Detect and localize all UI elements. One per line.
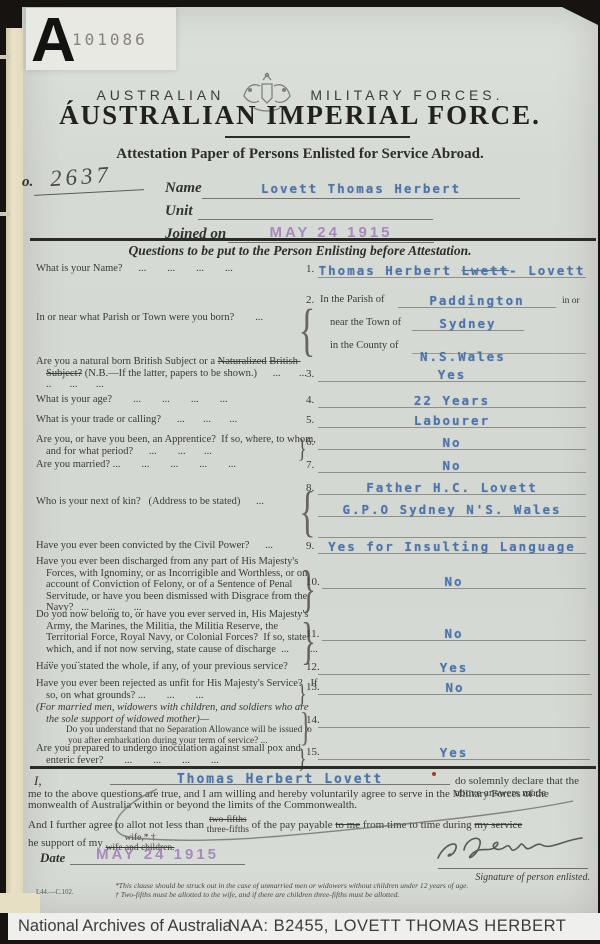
form-title: ÁUSTRALIAN IMPERIAL FORCE. bbox=[0, 100, 600, 131]
question-4-number: 4. bbox=[306, 394, 314, 406]
date-stamp: MAY 24 1915 bbox=[96, 846, 219, 863]
service-number-handwritten: 2637 bbox=[49, 162, 113, 192]
answer-10: No bbox=[322, 573, 586, 589]
answer-2-town: Sydney bbox=[412, 315, 524, 331]
unit-field-value bbox=[198, 203, 433, 220]
question-7-number: 7. bbox=[306, 459, 314, 471]
county-value: N.S.Wales bbox=[420, 349, 506, 364]
q2-line2-label: near the Town of bbox=[330, 317, 401, 328]
unit-field-label: Unit bbox=[165, 203, 193, 220]
answer-1-post: - Lovett bbox=[509, 263, 585, 278]
question-8-number: 8. bbox=[306, 482, 314, 494]
answer-6-value: No bbox=[442, 435, 461, 450]
ink-dot-artifact bbox=[432, 772, 436, 776]
q14-italic: (For married men, widowers with children… bbox=[36, 702, 311, 725]
question-9-text: Have you ever been convicted by the Civi… bbox=[36, 540, 318, 552]
question-6-number: 6. bbox=[306, 436, 314, 448]
q2-line1-suffix: in or bbox=[562, 296, 580, 306]
naa-watermark-bar: National Archives of Australia NAA: B245… bbox=[8, 913, 600, 940]
fraction-bottom: three-fifths bbox=[207, 825, 249, 835]
answer-2-parish: Paddington bbox=[398, 292, 556, 308]
answer-7-value: No bbox=[442, 458, 461, 473]
question-1-number: 1. bbox=[306, 263, 314, 275]
question-11-text: Do you now belong to, or have you ever s… bbox=[36, 609, 318, 667]
question-15-text: Are you prepared to undergo inoculation … bbox=[36, 743, 318, 766]
question-2-brace: { bbox=[299, 296, 316, 363]
next-of-kin-name: Father H.C. Lovett bbox=[366, 480, 537, 495]
series-letter: A bbox=[31, 10, 76, 72]
tape-fragment bbox=[0, 893, 40, 913]
question-3-number: 3. bbox=[306, 368, 314, 380]
section-divider bbox=[30, 238, 596, 241]
number-field-label: o. bbox=[22, 174, 33, 191]
q3-rest: (N.B.—If the latter, papers to be shown.… bbox=[46, 368, 325, 391]
declaration-name-typed: Thomas Herbert Lovett bbox=[177, 772, 383, 787]
answer-4-value: 22 Years bbox=[414, 393, 490, 408]
signature-line bbox=[438, 830, 588, 869]
fraction-top: two-fifths bbox=[209, 815, 246, 825]
q2-line1-label: In the Parish of bbox=[320, 294, 384, 305]
question-11-number: 11. bbox=[306, 628, 319, 640]
declaration-name-line: Thomas Herbert Lovett bbox=[110, 770, 450, 785]
answer-3: Yes bbox=[318, 366, 586, 382]
naa-bar-right-text: NAA: B2455, LOVETT THOMAS HERBERT bbox=[228, 917, 566, 936]
town-value: Sydney bbox=[439, 316, 496, 331]
declaration-i-label: I, bbox=[34, 773, 42, 789]
question-10-number: 10. bbox=[306, 576, 320, 588]
question-5-number: 5. bbox=[306, 414, 314, 426]
question-13-text: Have you ever been rejected as unfit for… bbox=[36, 678, 318, 701]
question-2-text: In or near what Parish or Town were you … bbox=[36, 312, 318, 324]
name-field-label: Name bbox=[165, 180, 202, 197]
declaration-line3: monwealth of Australia within or beyond … bbox=[28, 799, 588, 811]
allot-fraction: two-fifthsthree-fifths bbox=[207, 816, 249, 835]
q2-line3-label: in the County of bbox=[330, 340, 399, 351]
declaration-divider bbox=[30, 766, 596, 769]
answer-1: Thomas Herbert Lwett- Lovett bbox=[318, 262, 586, 278]
date-field-label: Date bbox=[40, 850, 65, 866]
parish-value: Paddington bbox=[429, 293, 524, 308]
answer-11: No bbox=[322, 625, 586, 641]
question-14-text: (For married men, widowers with children… bbox=[36, 702, 318, 746]
answer-11-value: No bbox=[444, 626, 463, 641]
question-12-text: Have you stated the whole, if any, of yo… bbox=[36, 661, 318, 673]
answer-10-value: No bbox=[444, 574, 463, 589]
question-4-text: What is your age? ... ... ... ... bbox=[36, 394, 318, 406]
question-9-number: 9. bbox=[306, 540, 314, 552]
answer-15-value: Yes bbox=[440, 745, 469, 760]
answer-7: No bbox=[318, 457, 586, 473]
answer-12: Yes bbox=[318, 659, 590, 675]
answer-13: No bbox=[318, 679, 592, 695]
date-field-value: MAY 24 1915 bbox=[70, 846, 245, 865]
answer-12-value: Yes bbox=[440, 660, 469, 675]
answer-6: No bbox=[318, 434, 586, 450]
answer-3-value: Yes bbox=[438, 367, 467, 382]
answer-9: Yes for Insulting Language bbox=[318, 538, 586, 554]
naa-bar-left-text: National Archives of Australia bbox=[18, 917, 232, 936]
answer-14 bbox=[318, 712, 590, 728]
name-typed-value: Lovett Thomas Herbert bbox=[261, 181, 461, 196]
question-10-text: Have you ever been discharged from any p… bbox=[36, 556, 318, 614]
wife-top: wife,* † bbox=[124, 833, 155, 843]
answer-1-pre: Thomas Herbert bbox=[319, 263, 462, 278]
allot-struck1: to me bbox=[335, 819, 360, 831]
scan-edge-mark bbox=[0, 212, 10, 216]
question-7-text: Are you married? ... ... ... ... ... bbox=[36, 459, 318, 471]
answer-5-value: Labourer bbox=[414, 413, 490, 428]
questions-section-heading: Questions to be put to the Person Enlist… bbox=[0, 243, 600, 259]
form-subtitle: Attestation Paper of Persons Enlisted fo… bbox=[0, 146, 600, 163]
allot-mid: of the pay payable bbox=[252, 819, 336, 831]
answer-13-value: No bbox=[445, 680, 464, 695]
question-3-text: Are you a natural born British Subject o… bbox=[36, 356, 318, 391]
question-2-number: 2. bbox=[306, 294, 314, 306]
scan-edge-mark bbox=[0, 55, 10, 59]
q3-struck1: Naturalized bbox=[218, 356, 267, 367]
answer-8-line3 bbox=[318, 522, 586, 538]
allot-pre: And I further agree to allot not less th… bbox=[28, 819, 204, 831]
barcode-serial-number: 101086 bbox=[72, 30, 148, 49]
answer-5: Labourer bbox=[318, 412, 586, 428]
question-8-text: Who is your next of kin? (Address to be … bbox=[36, 496, 318, 508]
answer-8-line2: G.P.O Sydney N'S. Wales bbox=[318, 501, 586, 517]
q3-pre: Are you a natural born British Subject o… bbox=[36, 356, 218, 367]
question-5-text: What is your trade or calling? ... ... .… bbox=[36, 414, 318, 426]
answer-15: Yes bbox=[318, 744, 590, 760]
next-of-kin-address: G.P.O Sydney N'S. Wales bbox=[342, 502, 561, 517]
question-1-text: What is your Name? ... ... ... ... bbox=[36, 263, 318, 275]
answer-4: 22 Years bbox=[318, 392, 586, 408]
footnote-2: † Two-fifths must be allotted to the wif… bbox=[115, 891, 585, 900]
title-underline bbox=[225, 136, 410, 138]
name-field-value: Lovett Thomas Herbert bbox=[202, 180, 520, 199]
form-code: L44.—C.102. bbox=[36, 889, 74, 896]
question-6-text: Are you, or have you been, an Apprentice… bbox=[36, 434, 318, 457]
answer-9-value: Yes for Insulting Language bbox=[328, 539, 576, 554]
answer-1-struck: Lwett bbox=[462, 263, 510, 278]
answer-8-line1: Father H.C. Lovett bbox=[318, 479, 586, 495]
